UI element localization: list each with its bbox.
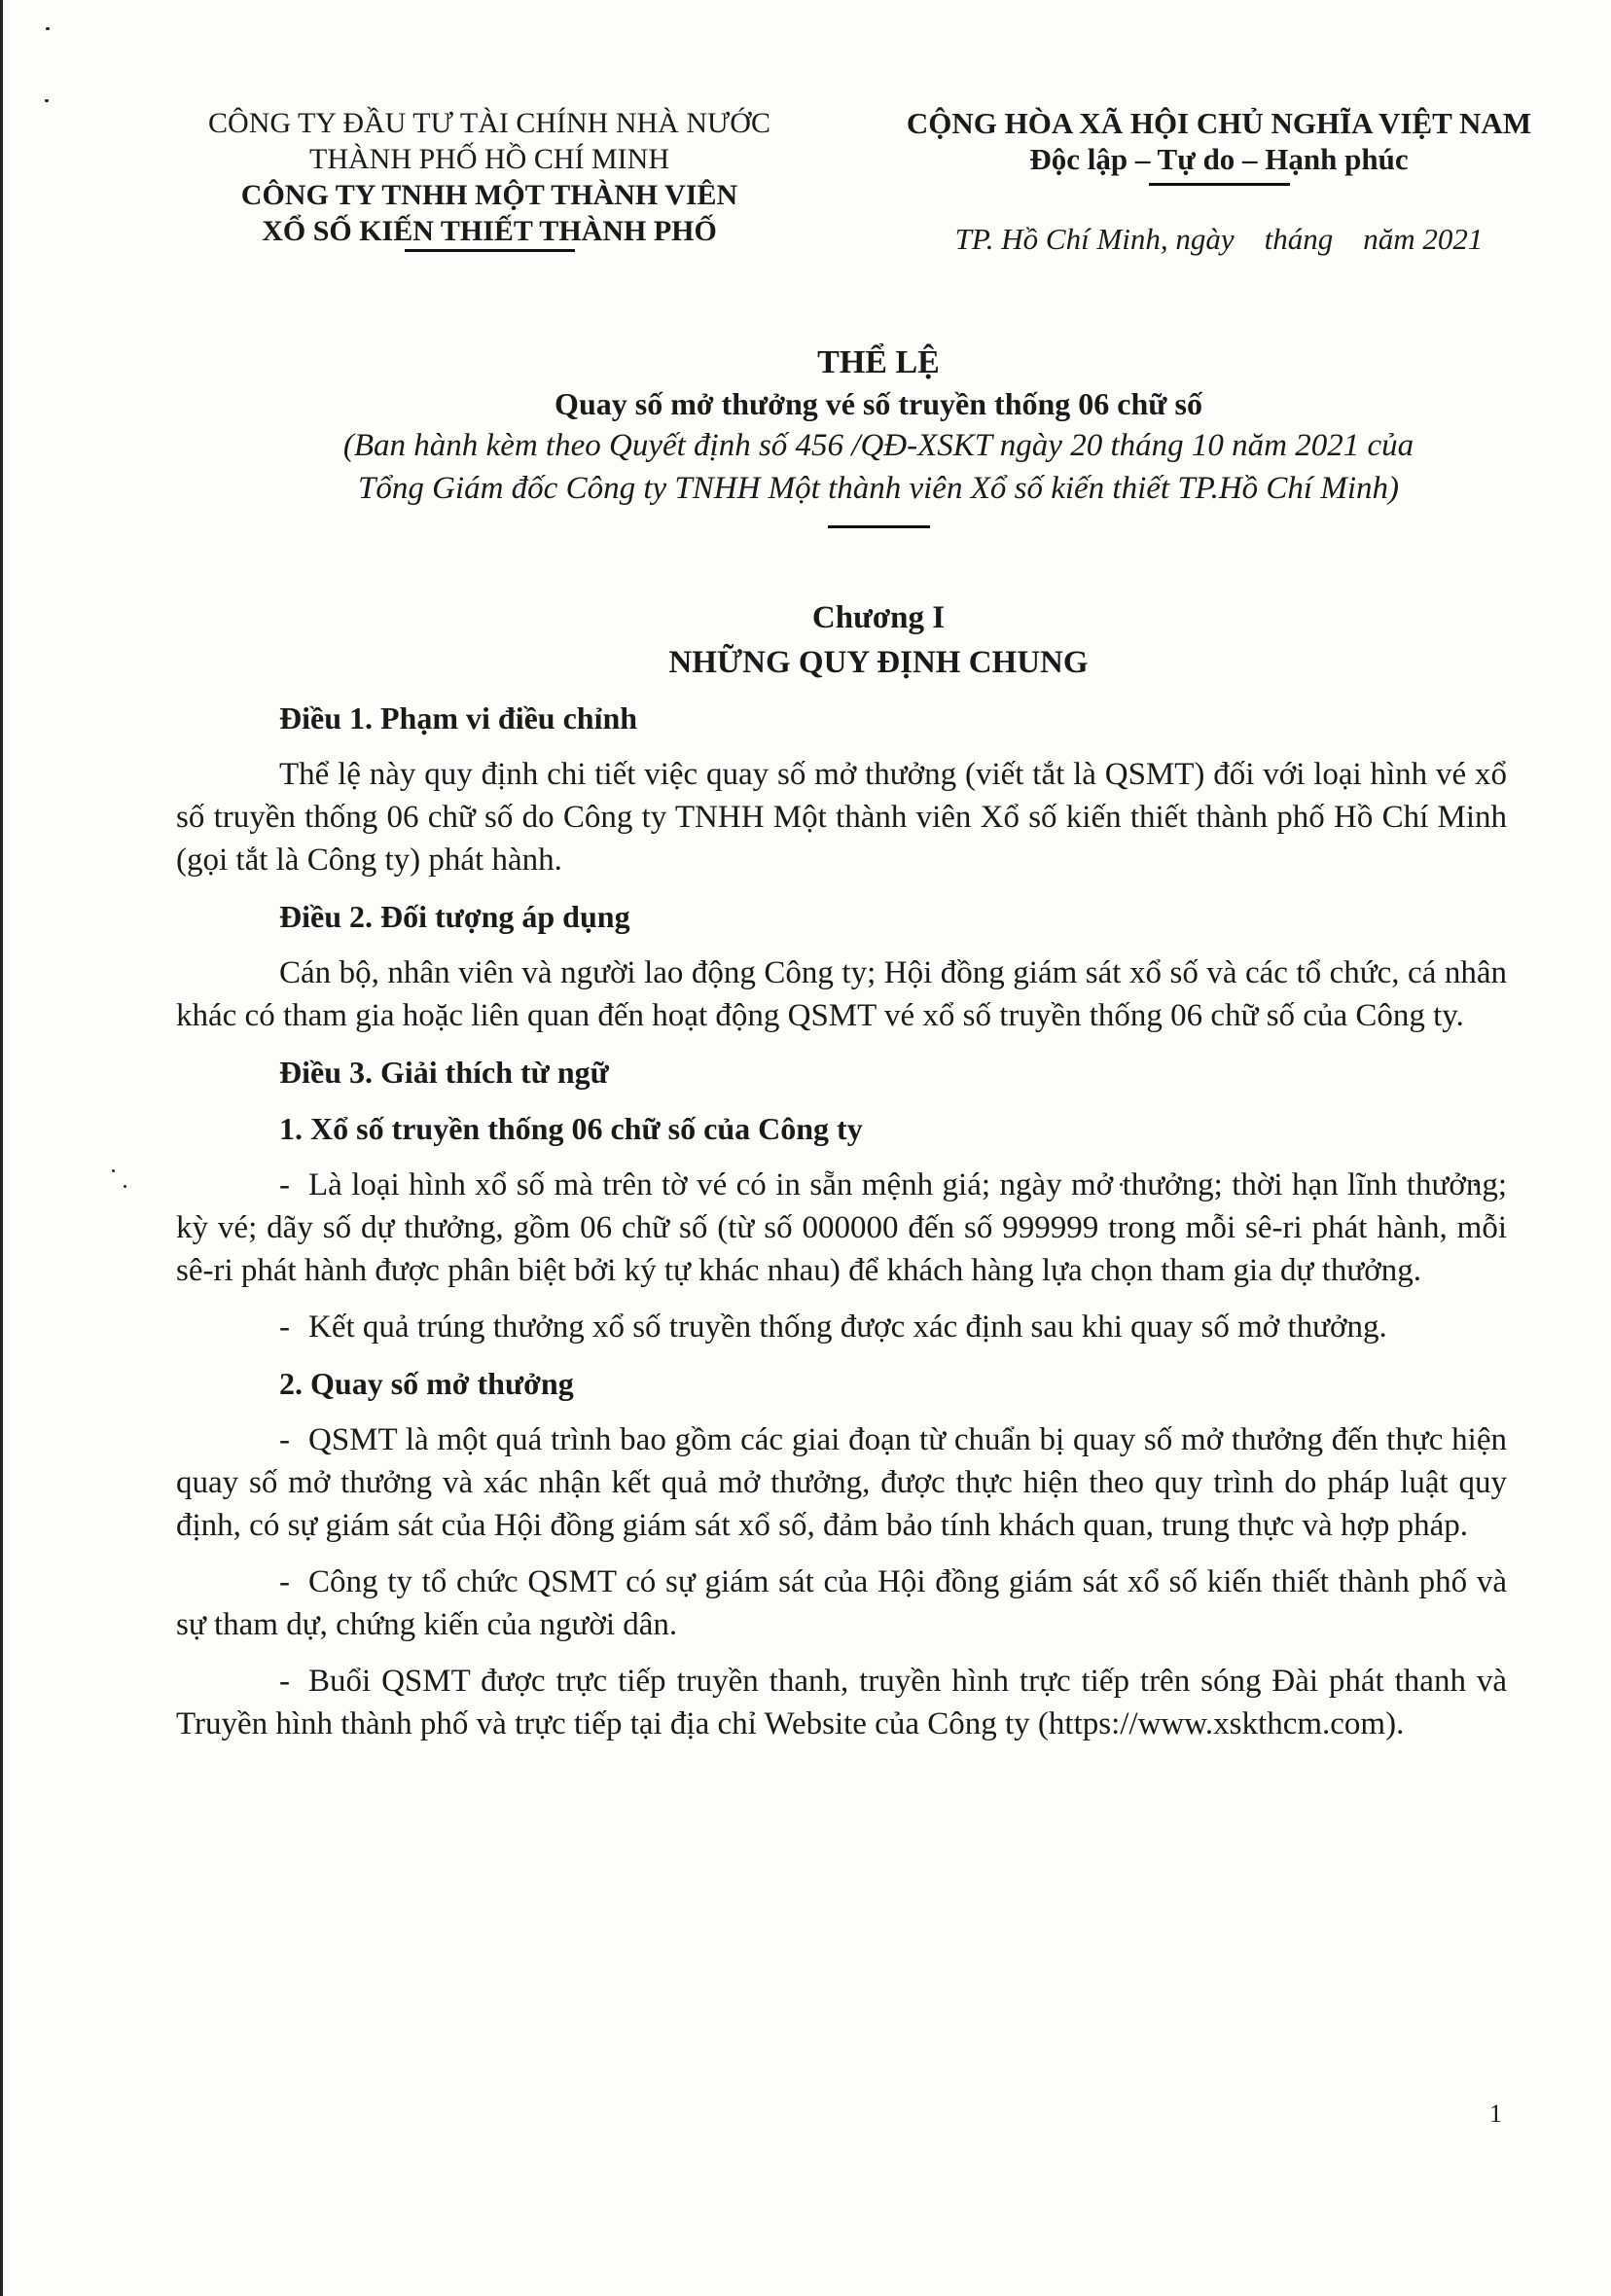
section-2-heading: 2. Quay số mở thưởng bbox=[279, 1362, 1507, 1405]
header-left-rule bbox=[405, 249, 575, 252]
scan-speck bbox=[112, 1169, 115, 1172]
chapter-name: NHỮNG QUY ĐỊNH CHUNG bbox=[197, 640, 1559, 685]
bullet-dash: - bbox=[279, 1164, 308, 1206]
chapter-number: Chương I bbox=[197, 595, 1559, 640]
bullet-dash: - bbox=[279, 1306, 308, 1348]
article-2-heading: Điều 2. Đối tượng áp dụng bbox=[279, 895, 1507, 938]
article-1-heading: Điều 1. Phạm vi điều chỉnh bbox=[279, 697, 1507, 739]
bullet-dash: - bbox=[279, 1561, 308, 1603]
title-rule bbox=[828, 525, 930, 528]
decision-reference-line1: (Ban hành kèm theo Quyết định số 456 /QĐ… bbox=[197, 424, 1559, 467]
decision-reference-line2: Tổng Giám đốc Công ty TNHH Một thành viê… bbox=[197, 467, 1559, 510]
document-page: CÔNG TY ĐẦU TƯ TÀI CHÍNH NHÀ NƯỚC THÀNH … bbox=[0, 0, 1611, 2296]
list-item-text: Buổi QSMT được trực tiếp truyền thanh, t… bbox=[176, 1664, 1507, 1741]
company-line1: CÔNG TY TNHH MỘT THÀNH VIÊN bbox=[149, 177, 830, 213]
article-1-text: Thể lệ này quy định chi tiết việc quay s… bbox=[176, 753, 1507, 881]
list-item: -Công ty tổ chức QSMT có sự giám sát của… bbox=[176, 1561, 1507, 1646]
list-item-text: Là loại hình xổ số mà trên tờ vé có in s… bbox=[176, 1167, 1507, 1288]
list-item: -QSMT là một quá trình bao gồm các giai … bbox=[176, 1418, 1507, 1547]
article-2-text: Cán bộ, nhân viên và người lao động Công… bbox=[176, 951, 1507, 1037]
list-item: -Buổi QSMT được trực tiếp truyền thanh, … bbox=[176, 1660, 1507, 1745]
list-item-text: QSMT là một quá trình bao gồm các giai đ… bbox=[176, 1422, 1507, 1543]
document-body: Điều 1. Phạm vi điều chỉnh Thể lệ này qu… bbox=[176, 697, 1507, 1759]
scan-speck bbox=[46, 27, 50, 30]
bullet-dash: - bbox=[279, 1418, 308, 1461]
chapter-heading: Chương I NHỮNG QUY ĐỊNH CHUNG bbox=[197, 595, 1559, 685]
scan-speck bbox=[124, 1185, 126, 1188]
motto: Độc lập – Tự do – Hạnh phúc bbox=[840, 141, 1598, 177]
section-1-heading: 1. Xổ số truyền thống 06 chữ số của Công… bbox=[279, 1107, 1507, 1150]
country-name: CỘNG HÒA XÃ HỘI CHỦ NGHĨA VIỆT NAM bbox=[840, 105, 1598, 141]
list-item-text: Công ty tổ chức QSMT có sự giám sát của … bbox=[176, 1564, 1507, 1642]
document-title: THỂ LỆ bbox=[197, 342, 1559, 383]
list-item: -Kết quả trúng thưởng xổ số truyền thống… bbox=[176, 1306, 1507, 1348]
article-3-heading: Điều 3. Giải thích từ ngữ bbox=[279, 1051, 1507, 1094]
company-line2: XỔ SỐ KIẾN THIẾT THÀNH PHỐ bbox=[149, 213, 830, 249]
scan-speck bbox=[45, 99, 49, 102]
document-subtitle: Quay số mở thưởng vé số truyền thống 06 … bbox=[197, 383, 1559, 424]
parent-agency-line1: CÔNG TY ĐẦU TƯ TÀI CHÍNH NHÀ NƯỚC bbox=[149, 105, 830, 141]
header-right-rule bbox=[1149, 183, 1290, 186]
bullet-dash: - bbox=[279, 1660, 308, 1703]
list-item-text: Kết quả trúng thưởng xổ số truyền thống … bbox=[308, 1309, 1387, 1345]
parent-agency-line2: THÀNH PHỐ HỒ CHÍ MINH bbox=[149, 141, 830, 177]
national-motto: CỘNG HÒA XÃ HỘI CHỦ NGHĨA VIỆT NAM Độc l… bbox=[840, 105, 1598, 257]
issuing-agency: CÔNG TY ĐẦU TƯ TÀI CHÍNH NHÀ NƯỚC THÀNH … bbox=[149, 105, 830, 252]
document-title-block: THỂ LỆ Quay số mở thưởng vé số truyền th… bbox=[197, 342, 1559, 528]
list-item: -Là loại hình xổ số mà trên tờ vé có in … bbox=[176, 1164, 1507, 1292]
place-date: TP. Hồ Chí Minh, ngày tháng năm 2021 bbox=[840, 221, 1598, 257]
page-number: 1 bbox=[1489, 2099, 1502, 2129]
